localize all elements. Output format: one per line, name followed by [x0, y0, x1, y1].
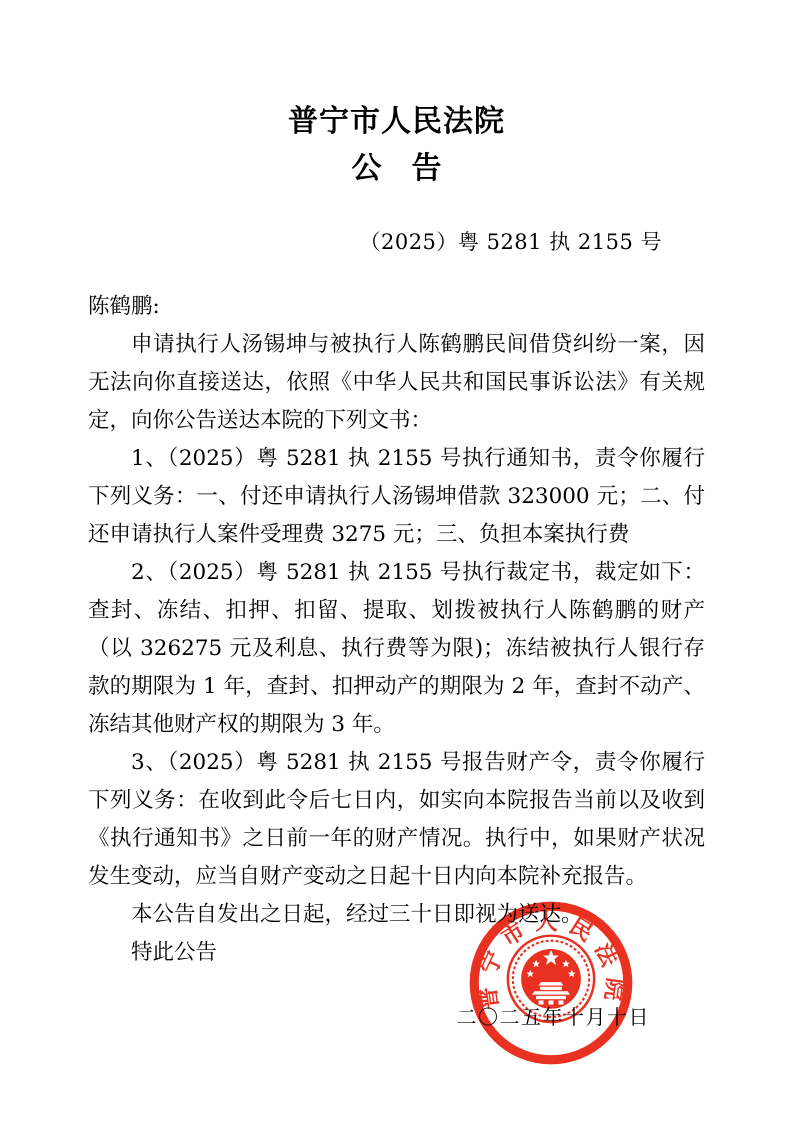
- announcement-page: 普宁市人民法院 公 告 （2025）粤 5281 执 2155 号 陈鹤鹏: 申…: [0, 0, 793, 1122]
- court-name: 普宁市人民法院: [0, 96, 793, 140]
- notice-title: 公 告: [0, 143, 793, 187]
- body-paragraph: 2、（2025）粤 5281 执 2155 号执行裁定书，裁定如下：查封、冻结、…: [88, 554, 705, 744]
- case-number: （2025）粤 5281 执 2155 号: [359, 226, 662, 256]
- body-paragraph: 申请执行人汤锡坤与被执行人陈鹤鹏民间借贷纠纷一案，因无法向你直接送达，依照《中华…: [88, 326, 705, 440]
- notice-body: 陈鹤鹏: 申请执行人汤锡坤与被执行人陈鹤鹏民间借贷纠纷一案，因无法向你直接送达，…: [88, 288, 705, 972]
- body-paragraph: 3、（2025）粤 5281 执 2155 号报告财产令，责令你履行下列义务：在…: [88, 744, 705, 896]
- recipient-line: 陈鹤鹏:: [88, 288, 705, 326]
- national-emblem-icon: [508, 936, 594, 1022]
- official-seal: 普宁市人民法院: [468, 900, 634, 1066]
- body-paragraph: 1、（2025）粤 5281 执 2155 号执行通知书，责令你履行下列义务：一…: [88, 440, 705, 554]
